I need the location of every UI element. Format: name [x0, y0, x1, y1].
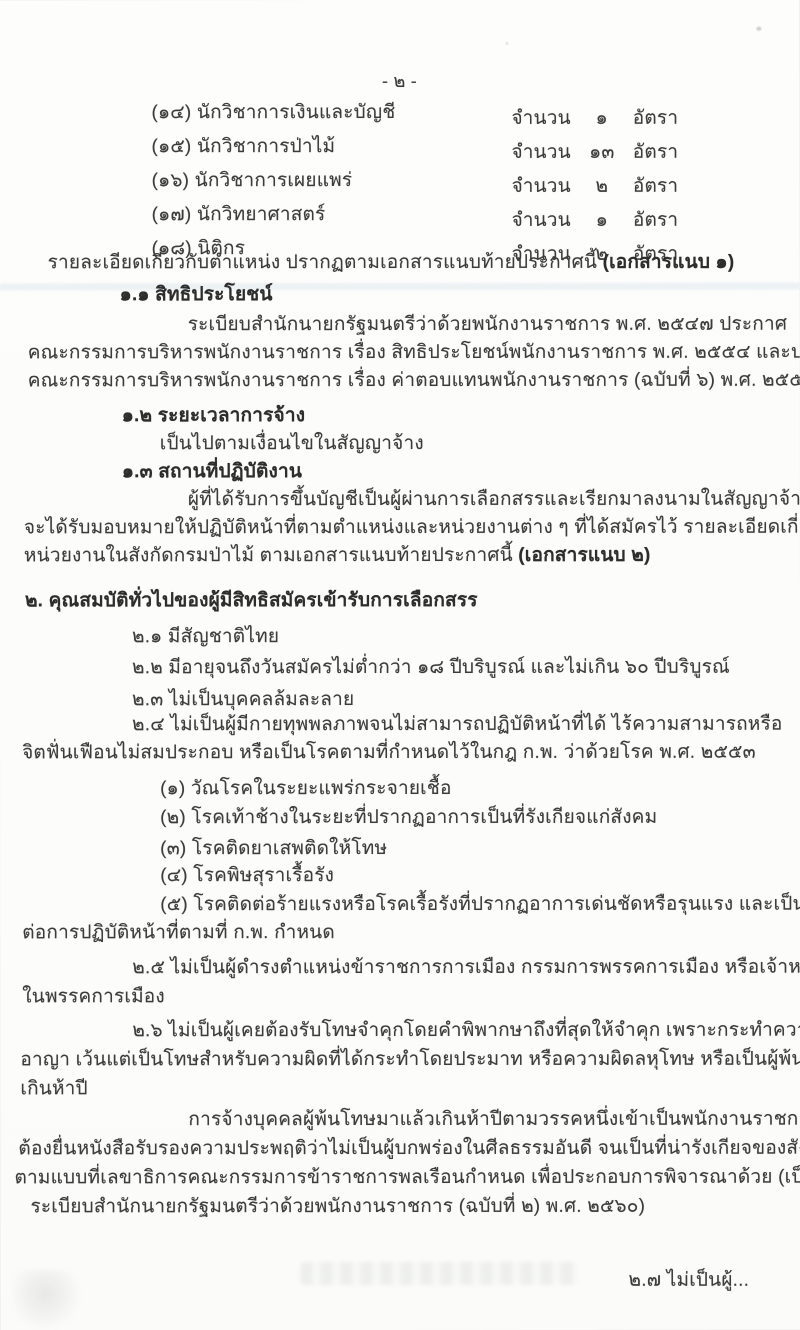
count-label: จำนวน — [512, 174, 571, 200]
qualification-item-wrap: เกินห้าปี — [20, 1076, 87, 1102]
pardon-paragraph-line: ต้องยื่นหนังสือรับรองความประพฤติว่าไม่เป… — [18, 1136, 800, 1163]
detail-note: รายละเอียดเกี่ยวกับตำแหน่ง ปรากฏตามเอกสา… — [48, 250, 735, 277]
disease-item: (๓) โรคติดยาเสพติดให้โทษ — [160, 836, 387, 862]
disease-item: (๑) วัณโรคในระยะแพร่กระจายเชื้อ — [160, 776, 451, 802]
position-title: นักวิชาการเผยแพร่ — [195, 170, 353, 191]
qualification-item: ๒.๓ ไม่เป็นบุคคลล้มละลาย — [132, 687, 354, 713]
position-row-count: จำนวน๑๓อัตรา — [512, 140, 679, 166]
pardon-paragraph-line: ตามแบบที่เลขาธิการคณะกรรมการข้าราชการพลเ… — [14, 1165, 800, 1192]
position-row-count: จำนวน๑อัตรา — [512, 208, 679, 234]
work-location-line: หน่วยงานในสังกัดกรมป่าไม้ ตามเอกสารแนบท้… — [24, 543, 651, 570]
qualification-item: ๒.๔ ไม่เป็นผู้มีกายทุพพลภาพจนไม่สามารถปฏ… — [132, 712, 783, 739]
disease-item: (๔) โรคพิษสุราเรื้อรัง — [160, 863, 334, 889]
scan-speck — [756, 27, 761, 31]
count-unit: อัตรา — [633, 106, 678, 132]
benefits-paragraph-line: ระเบียบสำนักนายกรัฐมนตรีว่าด้วยพนักงานรา… — [188, 312, 787, 339]
section-heading-benefits: ๑.๑ สิทธิประโยชน์ — [120, 282, 273, 308]
section-heading-qualifications: ๒. คุณสมบัติทั่วไปของผู้มีสิทธิสมัครเข้า… — [25, 588, 478, 614]
count-unit: อัตรา — [633, 208, 678, 234]
qualification-item: ๒.๕ ไม่เป็นผู้ดำรงตำแหน่งข้าราชการการเมื… — [132, 955, 800, 982]
position-no: (๑๕) — [152, 136, 192, 157]
continuation-marker: ๒.๗ ไม่เป็นผู้... — [629, 1268, 750, 1294]
qualification-item-wrap: ในพรรคการเมือง — [22, 984, 165, 1010]
scan-speck — [505, 42, 508, 45]
position-row-count: จำนวน๒อัตรา — [512, 174, 679, 200]
count-label: จำนวน — [512, 208, 571, 234]
position-row-count: จำนวน๑อัตรา — [512, 106, 679, 132]
count-value: ๑๓ — [585, 140, 619, 166]
qualification-item-wrap: อาญา เว้นแต่เป็นโทษสำหรับความผิดที่ได้กร… — [20, 1047, 800, 1074]
benefits-paragraph-line: คณะกรรมการบริหารพนักงานราชการ เรื่อง สิท… — [28, 340, 800, 367]
count-unit: อัตรา — [633, 140, 678, 166]
position-no: (๑๖) — [152, 170, 190, 191]
position-title: นักวิชาการป่าไม้ — [197, 136, 335, 157]
count-value: ๒ — [585, 174, 619, 200]
position-no: (๑๔) — [152, 102, 192, 123]
section-heading-employment-period: ๑.๒ ระยะเวลาการจ้าง — [122, 403, 305, 429]
count-label: จำนวน — [512, 140, 571, 166]
disease-item: (๕) โรคติดต่อร้ายแรงหรือโรคเรื้อรังที่ปร… — [160, 892, 800, 919]
position-title: นักวิทยาศาสตร์ — [197, 204, 326, 225]
qualification-item-wrap: จิตฟั่นเฟือนไม่สมประกอบ หรือเป็นโรคตามที… — [22, 740, 756, 767]
faint-watermark-smudge — [301, 1262, 579, 1285]
work-location-line-text: หน่วยงานในสังกัดกรมป่าไม้ ตามเอกสารแนบท้… — [24, 545, 518, 566]
section-heading-work-location: ๑.๓ สถานที่ปฏิบัติงาน — [122, 459, 302, 485]
attachment-1-ref: (เอกสารแนบ ๑) — [603, 252, 735, 273]
scanned-document-page: - ๒ - (๑๔) นักวิชาการเงินและบัญชี จำนวน๑… — [0, 0, 800, 1330]
position-row-left: (๑๕) นักวิชาการป่าไม้ — [152, 134, 336, 160]
position-title: นักวิชาการเงินและบัญชี — [197, 102, 396, 123]
position-row-left: (๑๔) นักวิชาการเงินและบัญชี — [152, 100, 396, 126]
qualification-item: ๒.๒ มีอายุจนถึงวันสมัครไม่ต่ำกว่า ๑๘ ปีบ… — [132, 655, 730, 682]
count-value: ๑ — [585, 106, 619, 132]
disease-item-wrap: ต่อการปฏิบัติหน้าที่ตามที่ ก.พ. กำหนด — [22, 920, 335, 946]
position-row-left: (๑๖) นักวิชาการเผยแพร่ — [152, 168, 353, 194]
count-value: ๑ — [585, 208, 619, 234]
pardon-paragraph-line: การจ้างบุคคลผู้พ้นโทษมาแล้วเกินห้าปีตามว… — [188, 1107, 800, 1134]
scan-blob-artifact — [13, 1270, 85, 1328]
count-label: จำนวน — [512, 106, 571, 132]
attachment-2-ref: (เอกสารแนบ ๒) — [518, 545, 650, 566]
position-row-left: (๑๗) นักวิทยาศาสตร์ — [152, 202, 326, 228]
employment-period-line: เป็นไปตามเงื่อนไขในสัญญาจ้าง — [160, 431, 424, 457]
count-unit: อัตรา — [633, 174, 678, 200]
qualification-item: ๒.๑ มีสัญชาติไทย — [132, 624, 279, 650]
qualification-item: ๒.๖ ไม่เป็นผู้เคยต้องรับโทษจำคุกโดยคำพิพ… — [132, 1018, 800, 1045]
benefits-paragraph-line: คณะกรรมการบริหารพนักงานราชการ เรื่อง ค่า… — [28, 368, 800, 395]
disease-item: (๒) โรคเท้าช้างในระยะที่ปรากฏอาการเป็นที… — [160, 805, 657, 831]
work-location-line: จะได้รับมอบหมายให้ปฏิบัติหน้าที่ตามตำแหน… — [24, 515, 800, 542]
detail-note-text: รายละเอียดเกี่ยวกับตำแหน่ง ปรากฏตามเอกสา… — [48, 252, 603, 273]
work-location-line: ผู้ที่ได้รับการขึ้นบัญชีเป็นผู้ผ่านการเล… — [188, 487, 800, 514]
position-no: (๑๗) — [152, 204, 192, 225]
pardon-paragraph-line: ระเบียบสำนักนายกรัฐมนตรีว่าด้วยพนักงานรา… — [30, 1194, 645, 1221]
page-number: - ๒ - — [0, 68, 800, 95]
